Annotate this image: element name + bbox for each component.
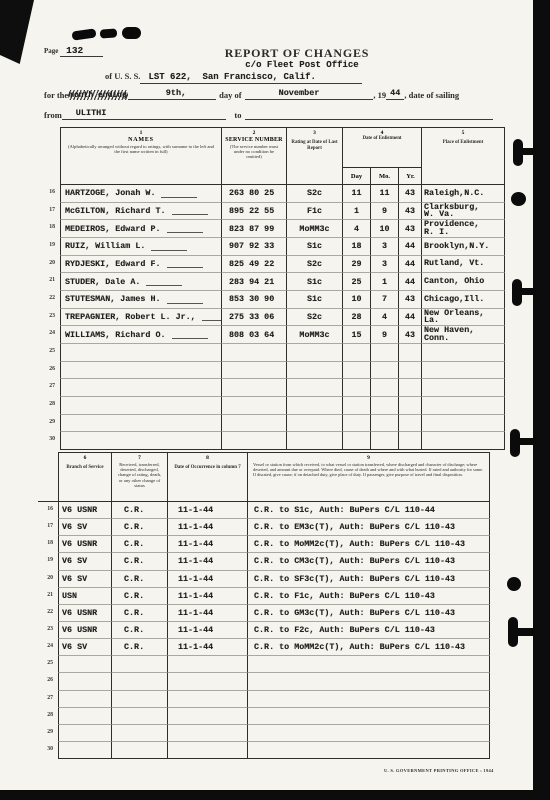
branch-cell xyxy=(58,673,112,690)
enlist-month-cell: 11 xyxy=(371,185,399,203)
row-number-gutter xyxy=(38,452,58,502)
occurrence-date-cell: 11-1-44 xyxy=(168,536,248,553)
service-number-cell xyxy=(222,432,287,450)
enlist-day-cell: 1 xyxy=(343,203,371,221)
blank-underline xyxy=(128,90,162,100)
change-cell: C.R. xyxy=(112,553,168,570)
day-of-label: day of xyxy=(216,90,244,100)
rating-cell xyxy=(287,344,343,362)
row-number: 28 xyxy=(38,708,58,725)
from-to-line: from ULITHI to xyxy=(44,108,493,120)
names-header-label: NAMES xyxy=(61,136,221,143)
row-number: 25 xyxy=(38,344,60,362)
occurrence-date-cell: 11-1-44 xyxy=(168,588,248,605)
service-number-cell xyxy=(222,362,287,380)
row-number: 16 xyxy=(38,185,60,203)
service-number-cell xyxy=(222,397,287,415)
remarks-cell: C.R. to SF3c(T), Auth: BuPers C/L 110-43 xyxy=(248,571,490,588)
row-number: 18 xyxy=(38,220,60,238)
remarks-cell xyxy=(248,725,490,742)
row-number: 23 xyxy=(38,309,60,327)
blank-underline xyxy=(110,110,226,120)
enlist-year-cell: 44 xyxy=(399,309,422,327)
enlist-day-cell xyxy=(343,362,371,380)
enlist-month-cell: 3 xyxy=(371,256,399,274)
for-the-label: for the xyxy=(44,90,68,100)
enlist-place-cell: New Orleans,La. xyxy=(422,309,505,327)
occurrence-date-cell xyxy=(168,725,248,742)
row-number: 29 xyxy=(38,415,60,433)
service-number-cell xyxy=(222,344,287,362)
enlist-place-cell: Chicago,Ill. xyxy=(422,291,505,309)
name-fill-line xyxy=(161,189,197,198)
change-cell: C.R. xyxy=(112,639,168,656)
table-row: 17 McGILTON, Richard T. 895 22 55 F1c 1 … xyxy=(38,203,505,221)
enlist-year-cell: 43 xyxy=(399,185,422,203)
service-number-cell xyxy=(222,379,287,397)
branch-cell xyxy=(58,725,112,742)
enlist-day-cell xyxy=(343,432,371,450)
table-row: 25 xyxy=(38,656,490,673)
row-number: 24 xyxy=(38,326,60,344)
branch-header-label: Branch of Service xyxy=(59,461,111,471)
occurrence-date-header-label: Date of Occurrence in column 7 xyxy=(168,461,247,471)
name-cell: STUDER, Dale A. xyxy=(60,273,222,291)
occurrence-date-cell xyxy=(168,691,248,708)
row-number: 17 xyxy=(38,203,60,221)
change-cell xyxy=(112,742,168,759)
service-number-cell: 263 80 25 xyxy=(222,185,287,203)
column-number: 9 xyxy=(248,453,489,461)
name-cell xyxy=(60,432,222,450)
enlist-place-cell xyxy=(422,397,505,415)
branch-cell: V6 SV xyxy=(58,553,112,570)
table-row: 28 xyxy=(38,397,505,415)
page-number-line: Page 132 xyxy=(44,45,103,57)
enlist-day-cell: 15 xyxy=(343,326,371,344)
row-number: 16 xyxy=(38,502,58,519)
branch-cell: V6 USNR xyxy=(58,536,112,553)
remarks-cell xyxy=(248,708,490,725)
change-cell: C.R. xyxy=(112,571,168,588)
col-header-change: 7 Received, transferred, deserted, disch… xyxy=(112,452,168,502)
day-subheader: Day xyxy=(343,168,371,184)
service-number-cell: 275 33 06 xyxy=(222,309,287,327)
row-number: 21 xyxy=(38,588,58,605)
row-number: 27 xyxy=(38,379,60,397)
table-row: 29 xyxy=(38,725,490,742)
table-row: 20 V6 SV C.R. 11-1-44 C.R. to SF3c(T), A… xyxy=(38,571,490,588)
enlist-year-cell: 44 xyxy=(399,273,422,291)
binder-fastener-icon xyxy=(521,148,537,155)
sailing-date-line: for the month ending 9th, day of Novembe… xyxy=(44,88,459,100)
table-row: 30 xyxy=(38,432,505,450)
occurrence-date-cell: 11-1-44 xyxy=(168,502,248,519)
enlist-month-cell xyxy=(371,432,399,450)
ship-name: LST 622, San Francisco, Calif. xyxy=(140,72,361,84)
ink-blob xyxy=(71,28,96,40)
column-number: 1 xyxy=(61,128,221,136)
page-number: 132 xyxy=(66,45,83,56)
rating-cell xyxy=(287,362,343,380)
branch-cell xyxy=(58,656,112,673)
remarks-cell: C.R. to MoMM2c(T), Auth: BuPers C/L 110-… xyxy=(248,639,490,656)
name-cell xyxy=(60,415,222,433)
rating-cell: S1c xyxy=(287,273,343,291)
table-row: 22 V6 USNR C.R. 11-1-44 C.R. to GM3c(T),… xyxy=(38,605,490,622)
rating-cell xyxy=(287,397,343,415)
name-cell: STUTESMAN, James H. xyxy=(60,291,222,309)
change-cell: C.R. xyxy=(112,588,168,605)
table-row: 21 STUDER, Dale A. 283 94 21 S1c 25 1 44… xyxy=(38,273,505,291)
enlist-year-cell xyxy=(399,415,422,433)
column-number: 6 xyxy=(59,453,111,461)
enlist-month-cell: 9 xyxy=(371,203,399,221)
table-row: 27 xyxy=(38,379,505,397)
name-cell: MEDEIROS, Edward P. xyxy=(60,220,222,238)
column-number: 7 xyxy=(112,453,167,461)
branch-cell: V6 SV xyxy=(58,519,112,536)
change-cell: C.R. xyxy=(112,622,168,639)
column-number: 4 xyxy=(343,128,421,136)
row-number: 21 xyxy=(38,273,60,291)
table-row: 20 RYDJESKI, Edward F. 825 49 22 S2c 29 … xyxy=(38,256,505,274)
rating-cell: F1c xyxy=(287,203,343,221)
enlist-year-cell: 43 xyxy=(399,291,422,309)
service-number-cell: 808 03 64 xyxy=(222,326,287,344)
sail-month-value: November xyxy=(275,88,324,100)
row-number: 20 xyxy=(38,256,60,274)
changes-table-rows: 16 V6 USNR C.R. 11-1-44 C.R. to S1c, Aut… xyxy=(38,502,490,759)
col-header-enlistment-date: 4 Date of Enlistment Day Mo. Yr. xyxy=(343,127,422,185)
rating-cell: MoMM3c xyxy=(287,326,343,344)
enlist-place-cell: Raleigh,N.C. xyxy=(422,185,505,203)
binder-hole-icon xyxy=(507,577,521,591)
row-number: 26 xyxy=(38,673,58,690)
enlist-day-cell xyxy=(343,344,371,362)
ink-blob xyxy=(100,28,118,38)
of-uss-label: of U. S. S. xyxy=(105,71,140,81)
name-cell: TREPAGNIER, Robert L. Jr., xyxy=(60,309,222,327)
rating-cell: S2c xyxy=(287,185,343,203)
change-cell: C.R. xyxy=(112,502,168,519)
table-row: 27 xyxy=(38,691,490,708)
enlist-year-cell: 43 xyxy=(399,220,422,238)
enlist-year-cell: 44 xyxy=(399,238,422,256)
enlist-place-cell xyxy=(422,379,505,397)
binder-hole-icon xyxy=(511,192,526,206)
remarks-cell: C.R. to CM3c(T), Auth: BuPers C/L 110-43 xyxy=(248,553,490,570)
table-row: 19 RUIZ, William L. 907 92 33 S1c 18 3 4… xyxy=(38,238,505,256)
service-number-cell: 283 94 21 xyxy=(222,273,287,291)
service-number-cell: 907 92 33 xyxy=(222,238,287,256)
change-cell xyxy=(112,708,168,725)
name-cell: McGILTON, Richard T. xyxy=(60,203,222,221)
name-cell: RYDJESKI, Edward F. xyxy=(60,256,222,274)
binder-fastener-icon xyxy=(516,628,535,636)
service-header-label: SERVICE NUMBER xyxy=(222,136,286,143)
remarks-cell: C.R. to S1c, Auth: BuPers C/L 110-44 xyxy=(248,502,490,519)
table-row: 16 V6 USNR C.R. 11-1-44 C.R. to S1c, Aut… xyxy=(38,502,490,519)
change-cell: C.R. xyxy=(112,605,168,622)
row-number: 17 xyxy=(38,519,58,536)
blank-underline xyxy=(245,90,275,100)
rating-cell: S2c xyxy=(287,309,343,327)
remarks-cell xyxy=(248,673,490,690)
enlist-year-cell xyxy=(399,397,422,415)
blank-underline xyxy=(190,90,216,100)
muster-table-header: 1 NAMES (Alphabetically arranged without… xyxy=(38,127,505,185)
rating-cell xyxy=(287,379,343,397)
name-fill-line xyxy=(151,242,187,251)
table-row: 16 HARTZOGE, Jonah W. 263 80 25 S2c 11 1… xyxy=(38,185,505,203)
row-number-gutter xyxy=(38,127,60,185)
occurrence-date-cell: 11-1-44 xyxy=(168,622,248,639)
enlist-year-cell xyxy=(399,344,422,362)
remarks-cell xyxy=(248,656,490,673)
care-of-line: c/o Fleet Post Office xyxy=(152,60,452,70)
row-number: 22 xyxy=(38,605,58,622)
row-number: 19 xyxy=(38,238,60,256)
change-cell xyxy=(112,656,168,673)
branch-cell: USN xyxy=(58,588,112,605)
row-number: 24 xyxy=(38,639,58,656)
rating-cell: S1c xyxy=(287,238,343,256)
enlist-day-cell: 18 xyxy=(343,238,371,256)
enlist-month-cell xyxy=(371,344,399,362)
enlist-month-cell xyxy=(371,362,399,380)
muster-table: 1 NAMES (Alphabetically arranged without… xyxy=(38,127,505,450)
table-row: 21 USN C.R. 11-1-44 C.R. to F1c, Auth: B… xyxy=(38,588,490,605)
service-number-cell: 825 49 22 xyxy=(222,256,287,274)
table-row: 26 xyxy=(38,362,505,380)
col-header-remarks: 9 Vessel or station from which received,… xyxy=(248,452,490,502)
table-row: 26 xyxy=(38,673,490,690)
change-cell xyxy=(112,691,168,708)
binder-fastener-icon xyxy=(520,288,537,295)
service-header-note: (The service number must under no condit… xyxy=(222,143,286,161)
col-header-names: 1 NAMES (Alphabetically arranged without… xyxy=(60,127,222,185)
page-label: Page xyxy=(44,47,58,55)
service-number-cell xyxy=(222,415,287,433)
occurrence-date-cell: 11-1-44 xyxy=(168,605,248,622)
remarks-cell: C.R. to F2c, Auth: BuPers C/L 110-43 xyxy=(248,622,490,639)
rating-cell xyxy=(287,432,343,450)
row-number: 22 xyxy=(38,291,60,309)
table-row: 23 V6 USNR C.R. 11-1-44 C.R. to F2c, Aut… xyxy=(38,622,490,639)
binder-fastener-icon xyxy=(518,438,536,445)
row-number: 30 xyxy=(38,742,58,759)
row-number: 23 xyxy=(38,622,58,639)
enlist-place-cell xyxy=(422,415,505,433)
page-number-underline: 132 xyxy=(60,45,103,57)
enlist-day-cell: 11 xyxy=(343,185,371,203)
rating-cell: MoMM3c xyxy=(287,220,343,238)
name-fill-line xyxy=(146,277,182,286)
month-subheader: Mo. xyxy=(371,168,399,184)
row-number: 19 xyxy=(38,553,58,570)
row-number: 26 xyxy=(38,362,60,380)
table-row: 28 xyxy=(38,708,490,725)
year-subheader: Yr. xyxy=(399,168,422,184)
name-cell xyxy=(60,397,222,415)
date-of-sailing-label: , date of sailing xyxy=(404,90,459,100)
table-row: 25 xyxy=(38,344,505,362)
enlist-place-cell xyxy=(422,344,505,362)
enlist-month-cell: 9 xyxy=(371,326,399,344)
sail-day-value: 9th, xyxy=(162,88,190,100)
row-number: 18 xyxy=(38,536,58,553)
enlist-month-cell: 7 xyxy=(371,291,399,309)
ink-stamp-marks xyxy=(72,26,152,44)
table-row: 30 xyxy=(38,742,490,759)
table-row: 23 TREPAGNIER, Robert L. Jr., 275 33 06 … xyxy=(38,309,505,327)
enlist-year-cell: 43 xyxy=(399,203,422,221)
col-header-service-number: 2 SERVICE NUMBER (The service number mus… xyxy=(222,127,287,185)
enlist-month-cell: 1 xyxy=(371,273,399,291)
occurrence-date-cell xyxy=(168,656,248,673)
remarks-cell: C.R. to GM3c(T), Auth: BuPers C/L 110-43 xyxy=(248,605,490,622)
occurrence-date-cell xyxy=(168,708,248,725)
remarks-cell xyxy=(248,691,490,708)
branch-cell: V6 SV xyxy=(58,571,112,588)
table-row: 18 MEDEIROS, Edward P. 823 87 99 MoMM3c … xyxy=(38,220,505,238)
enlistment-subheader: Day Mo. Yr. xyxy=(343,167,421,184)
name-fill-line xyxy=(172,206,208,215)
remarks-cell: C.R. to MoMM2c(T), Auth: BuPers C/L 110-… xyxy=(248,536,490,553)
enlist-year-cell xyxy=(399,379,422,397)
enlist-year-cell xyxy=(399,432,422,450)
changes-table: 6 Branch of Service 7 Received, transfer… xyxy=(38,452,490,759)
name-fill-line xyxy=(202,312,221,321)
from-value: ULITHI xyxy=(72,108,111,120)
enlist-place-cell: Rutland, Vt. xyxy=(422,256,505,274)
place-header-label: Place of Enlistment xyxy=(422,136,504,146)
enlist-place-cell: Brooklyn,N.Y. xyxy=(422,238,505,256)
enlist-month-cell: 3 xyxy=(371,238,399,256)
occurrence-date-cell: 11-1-44 xyxy=(168,519,248,536)
blank-underline xyxy=(245,110,493,120)
branch-cell: V6 USNR xyxy=(58,605,112,622)
row-number: 29 xyxy=(38,725,58,742)
enlist-day-cell: 29 xyxy=(343,256,371,274)
table-row: 18 V6 USNR C.R. 11-1-44 C.R. to MoMM2c(T… xyxy=(38,536,490,553)
name-fill-line xyxy=(167,259,203,268)
enlist-day-cell: 28 xyxy=(343,309,371,327)
name-fill-line xyxy=(167,295,203,304)
column-number: 8 xyxy=(168,453,247,461)
col-header-branch: 6 Branch of Service xyxy=(58,452,112,502)
enlist-month-cell xyxy=(371,415,399,433)
table-row: 24 V6 SV C.R. 11-1-44 C.R. to MoMM2c(T),… xyxy=(38,639,490,656)
row-number: 25 xyxy=(38,656,58,673)
comma-19-label: , 19 xyxy=(373,90,386,100)
table-row: 19 V6 SV C.R. 11-1-44 C.R. to CM3c(T), A… xyxy=(38,553,490,570)
service-number-cell: 823 87 99 xyxy=(222,220,287,238)
rating-cell: S2c xyxy=(287,256,343,274)
enlist-month-cell: 10 xyxy=(371,220,399,238)
change-cell xyxy=(112,673,168,690)
column-number: 5 xyxy=(422,128,504,136)
changes-table-header: 6 Branch of Service 7 Received, transfer… xyxy=(38,452,490,502)
muster-table-rows: 16 HARTZOGE, Jonah W. 263 80 25 S2c 11 1… xyxy=(38,185,505,450)
col-header-enlistment-place: 5 Place of Enlistment xyxy=(422,127,505,185)
enlist-year-cell: 43 xyxy=(399,326,422,344)
scan-edge-bottom xyxy=(0,790,550,800)
change-cell xyxy=(112,725,168,742)
struck-month-ending: month ending xyxy=(68,91,128,100)
from-label: from xyxy=(44,110,62,120)
ink-blob xyxy=(122,27,141,39)
row-number: 30 xyxy=(38,432,60,450)
remarks-cell: C.R. to EM3c(T), Auth: BuPers C/L 110-43 xyxy=(248,519,490,536)
table-row: 17 V6 SV C.R. 11-1-44 C.R. to EM3c(T), A… xyxy=(38,519,490,536)
rating-header-label: Rating at Date of Last Report xyxy=(287,136,342,151)
report-title: REPORT OF CHANGES xyxy=(150,46,444,61)
column-number: 3 xyxy=(287,128,342,136)
blank-underline xyxy=(323,90,373,100)
occurrence-date-cell: 11-1-44 xyxy=(168,571,248,588)
remarks-cell xyxy=(248,742,490,759)
names-header-note: (Alphabetically arranged without regard … xyxy=(61,143,221,155)
table-row: 29 xyxy=(38,415,505,433)
name-fill-line xyxy=(172,330,208,339)
row-number: 28 xyxy=(38,397,60,415)
enlist-day-cell: 10 xyxy=(343,291,371,309)
enlist-year-cell: 44 xyxy=(399,256,422,274)
enlist-place-cell: Providence,R. I. xyxy=(422,220,505,238)
remarks-header-note: Vessel or station from which received, t… xyxy=(248,461,489,478)
occurrence-date-cell xyxy=(168,673,248,690)
enlist-day-cell xyxy=(343,415,371,433)
row-number: 27 xyxy=(38,691,58,708)
occurrence-date-cell xyxy=(168,742,248,759)
scan-edge-right xyxy=(533,0,550,800)
enlist-day-cell: 25 xyxy=(343,273,371,291)
rating-cell: S1c xyxy=(287,291,343,309)
name-cell: HARTZOGE, Jonah W. xyxy=(60,185,222,203)
branch-cell xyxy=(58,742,112,759)
remarks-cell: C.R. to F1c, Auth: BuPers C/L 110-43 xyxy=(248,588,490,605)
occurrence-date-cell: 11-1-44 xyxy=(168,639,248,656)
name-cell xyxy=(60,344,222,362)
enlist-place-cell xyxy=(422,432,505,450)
enlist-day-cell xyxy=(343,397,371,415)
rating-cell xyxy=(287,415,343,433)
enlist-place-cell: Clarksburg,W. Va. xyxy=(422,203,505,221)
table-row: 22 STUTESMAN, James H. 853 30 90 S1c 10 … xyxy=(38,291,505,309)
branch-cell xyxy=(58,708,112,725)
row-number: 20 xyxy=(38,571,58,588)
enlist-month-cell xyxy=(371,397,399,415)
enlist-month-cell xyxy=(371,379,399,397)
service-number-cell: 853 30 90 xyxy=(222,291,287,309)
sail-year-value: 44 xyxy=(386,88,404,100)
enlist-place-cell: New Haven,Conn. xyxy=(422,326,505,344)
enlistment-header-label: Date of Enlistment xyxy=(343,136,421,142)
enlist-place-cell xyxy=(422,362,505,380)
change-cell: C.R. xyxy=(112,519,168,536)
column-number: 2 xyxy=(222,128,286,136)
branch-cell: V6 USNR xyxy=(58,622,112,639)
name-cell: RUIZ, William L. xyxy=(60,238,222,256)
name-cell xyxy=(60,379,222,397)
blank-underline xyxy=(62,110,72,120)
branch-cell: V6 USNR xyxy=(58,502,112,519)
scanned-page: Page 132 REPORT OF CHANGES c/o Fleet Pos… xyxy=(0,0,550,800)
enlist-year-cell xyxy=(399,362,422,380)
name-cell xyxy=(60,362,222,380)
